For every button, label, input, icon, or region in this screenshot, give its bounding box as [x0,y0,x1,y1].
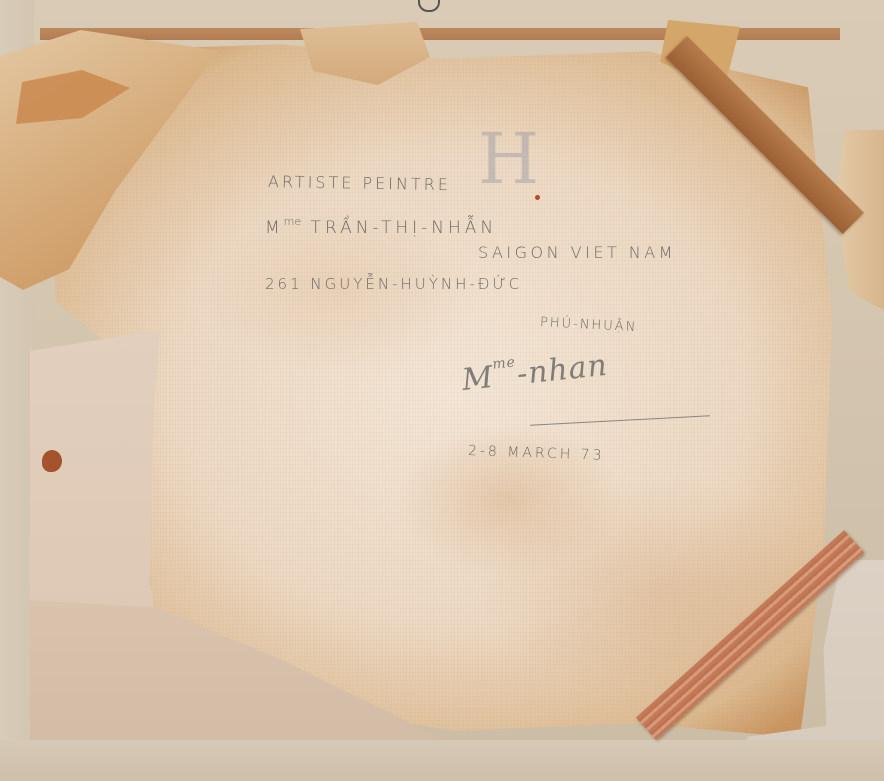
frame-bottom-edge [0,740,884,781]
pencil-mark: H [478,118,539,200]
inscription-city: SAIGON VIET NAM [478,243,676,262]
inscription-title: ARTISTE PEINTRE [268,172,451,194]
inscription-artist-name: Mme TRẦN-THỊ-NHẪN [265,215,497,238]
red-dot-mark [535,195,540,200]
signature-sup: me [492,354,517,372]
canvas-back-photo: H ARTISTE PEINTRE Mme TRẦN-THỊ-NHẪN SAIG… [0,0,884,781]
honorific-sup: me [284,215,301,228]
signature-prefix: M [460,360,495,398]
paper-tear-hole [42,450,62,472]
artist-name: TRẦN-THỊ-NHẪN [301,218,497,238]
inscription-street: 261 NGUYỄN-HUỲNH-ĐỨC [265,275,522,293]
honorific-prefix: M [265,218,284,238]
